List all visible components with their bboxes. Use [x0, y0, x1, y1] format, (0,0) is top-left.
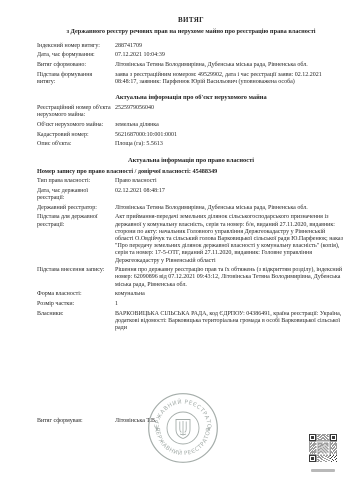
field-value: Площа (га): 5.5613 [115, 141, 345, 148]
field-value: комунальна [115, 291, 345, 298]
field-value: Акт приймання-передачі земельних ділянок… [115, 214, 345, 264]
ownership-fields: Тип права власності: Право власності Дат… [37, 178, 345, 332]
document-title: ВИТЯГ [37, 16, 345, 24]
field-label: Підстава формування витягу: [37, 72, 115, 86]
field-value: 288741709 [115, 43, 345, 50]
field-row: Дата, час формування: 07.12.2021 10:04:3… [37, 52, 345, 59]
field-label: Державний реєстратор: [37, 205, 115, 212]
field-row: Розмір частки: 1 [37, 301, 345, 308]
field-row: Тип права власності: Право власності [37, 178, 345, 185]
field-row: Державний реєстратор: Літовінська Тетяна… [37, 205, 345, 212]
field-label: Підстава внесення запису: [37, 267, 115, 289]
field-label: Розмір частки: [37, 301, 115, 308]
field-value: Право власності [115, 178, 345, 185]
field-label: Тип права власності: [37, 178, 115, 185]
field-label: Дата, час державної реєстрації: [37, 188, 115, 202]
seal-top-text: ДЕРЖАВНИЙ РЕЄСТРАТОР [146, 391, 212, 429]
field-label: Дата, час формування: [37, 52, 115, 59]
document-subtitle: з Державного реєстру речових прав на нер… [37, 28, 345, 35]
field-row: Форма власності: комунальна [37, 291, 345, 298]
seal-star-right: ★ [207, 427, 212, 433]
field-label: Кадастровий номер: [37, 132, 115, 139]
field-row: Реєстраційний номер об'єкта нерухомого м… [37, 105, 345, 119]
field-value: земельна ділянка [115, 122, 345, 129]
field-label: Підстава для державної реєстрації: [37, 214, 115, 264]
header-fields: Індексний номер витягу: 288741709 Дата, … [37, 43, 345, 87]
ownership-section-heading: Актуальна інформація про право власності [37, 157, 345, 164]
field-value: Літовінська Тетяна Володимирівна, Дубенс… [115, 62, 345, 69]
field-row: Дата, час державної реєстрації: 02.12.20… [37, 188, 345, 202]
field-row: Витяг сформовано: Літовінська Тетяна Вол… [37, 62, 345, 69]
field-row: Підстава внесення запису: Рішення про де… [37, 267, 345, 289]
field-value: Літовінська Тетяна Володимирівна, Дубенс… [115, 205, 345, 212]
property-section-heading: Актуальна інформація про об'єкт нерухомо… [37, 94, 345, 101]
formed-by-label: Витяг сформував: [37, 418, 115, 425]
field-value: ВАРКОВИЦЬКА СІЛЬСЬКА РАДА, код ЄДРПОУ: 0… [115, 311, 345, 333]
field-value: 5621687000:10:001:0001 [115, 132, 345, 139]
seal-star-left: ★ [155, 427, 160, 433]
field-label: Власники: [37, 311, 115, 333]
field-value: Рішення про державну реєстрацію прав та … [115, 267, 345, 289]
field-row: Об'єкт нерухомого майна: земельна ділянк… [37, 122, 345, 129]
field-label: Витяг сформовано: [37, 62, 115, 69]
field-label: Опис об'єкта: [37, 141, 115, 148]
field-label: Індексний номер витягу: [37, 43, 115, 50]
field-label: Форма власності: [37, 291, 115, 298]
field-value: 02.12.2021 08:48:17 [115, 188, 345, 202]
field-row: Кадастровий номер: 5621687000:10:001:000… [37, 132, 345, 139]
svg-text:ДЕРЖАВНИЙ РЕЄСТРАТОР: ДЕРЖАВНИЙ РЕЄСТРАТОР [146, 391, 212, 429]
field-row: Опис об'єкта: Площа (га): 5.5613 [37, 141, 345, 148]
field-row: Індексний номер витягу: 288741709 [37, 43, 345, 50]
trident-emblem-icon [176, 420, 190, 439]
field-value: 2525979056040 [115, 105, 345, 119]
field-row: Власники: ВАРКОВИЦЬКА СІЛЬСЬКА РАДА, код… [37, 311, 345, 333]
qr-code-icon [308, 433, 338, 463]
qr-caption-text [311, 469, 335, 472]
field-label: Об'єкт нерухомого майна: [37, 122, 115, 129]
field-row: Підстава для державної реєстрації: Акт п… [37, 214, 345, 264]
field-row: Підстава формування витягу: заява з реєс… [37, 72, 345, 86]
registrar-seal-stamp-icon: ДЕРЖАВНИЙ РЕЄСТРАТОР ДЕРЖАВНИЙ РЕЄСТРАТО… [146, 391, 220, 465]
field-value: 07.12.2021 10:04:39 [115, 52, 345, 59]
field-value: 1 [115, 301, 345, 308]
field-value: заява з реєстраційним номером: 49529902,… [115, 72, 345, 86]
property-fields: Реєстраційний номер об'єкта нерухомого м… [37, 105, 345, 149]
ownership-record-number: Номер запису про право власності / довір… [37, 168, 345, 175]
field-label: Реєстраційний номер об'єкта нерухомого м… [37, 105, 115, 119]
